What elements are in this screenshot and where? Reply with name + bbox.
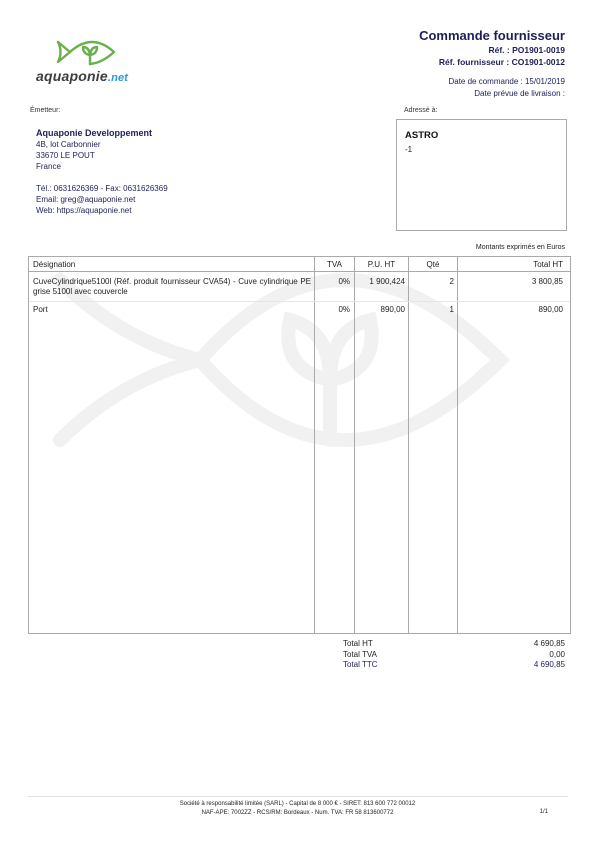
header-tva: TVA [315,260,354,269]
footer-divider [28,796,568,797]
footer-legal: Société à responsabilité limitée (SARL) … [100,800,495,818]
order-lines-table: Désignation TVA P.U. HT Qté Total HT Cuv… [28,256,571,634]
order-ref: Réf. : PO1901-0019 [488,45,565,55]
total-ht-row: Total HT 4 690,85 [343,639,565,650]
sender-email: Email: greg@aquaponie.net [36,194,168,205]
row-designation: CuveCylindrique5100l (Réf. produit fourn… [33,277,311,297]
page-number: 1/1 [540,809,548,815]
row-qty: 1 [409,305,454,314]
footer-line-2: NAF-APE: 7002ZZ - RCS/RM: Bordeaux - Num… [100,809,495,818]
row-total-ht: 3 800,85 [458,277,563,286]
fish-logo-icon [56,38,126,68]
header-designation: Désignation [33,260,315,269]
row-total-ht: 890,00 [458,305,563,314]
total-ht-value: 4 690,85 [534,639,565,650]
total-tva-label: Total TVA [343,650,377,661]
sender-address-line: France [36,161,168,172]
sender-web: Web: https://aquaponie.net [36,205,168,216]
header-pu-ht: P.U. HT [355,260,408,269]
total-ttc-value: 4 690,85 [534,660,565,671]
table-header: Désignation TVA P.U. HT Qté Total HT [29,257,570,272]
row-pu-ht: 1 900,424 [355,277,405,286]
logo-wordmark: aquaponie.net [36,68,128,84]
row-pu-ht: 890,00 [355,305,405,314]
recipient-line: -1 [405,145,412,154]
total-ttc-row: Total TTC 4 690,85 [343,660,565,671]
recipient-box: ASTRO -1 [396,119,567,231]
recipient-name: ASTRO [405,130,438,141]
sender-phone-fax: Tél.: 0631626369 - Fax: 0631626369 [36,183,168,194]
total-ttc-label: Total TTC [343,660,378,671]
sender-label: Émetteur: [30,107,60,114]
footer-line-1: Société à responsabilité limitée (SARL) … [100,800,495,809]
total-tva-value: 0,00 [549,650,565,661]
row-tva: 0% [315,305,350,314]
currency-note: Montants exprimés en Euros [476,244,565,251]
company-logo: aquaponie.net [36,38,141,88]
total-ht-label: Total HT [343,639,373,650]
row-designation: Port [33,305,315,314]
document-title: Commande fournisseur [419,28,565,43]
sender-address-line: 33670 LE POUT [36,150,168,161]
row-tva: 0% [315,277,350,286]
sender-name: Aquaponie Developpement [36,128,168,139]
header-total-ht: Total HT [458,260,563,269]
totals-block: Total HT 4 690,85 Total TVA 0,00 Total T… [343,639,565,671]
order-date: Date de commande : 15/01/2019 [448,77,565,86]
row-qty: 2 [409,277,454,286]
supplier-ref: Réf. fournisseur : CO1901-0012 [439,57,565,67]
total-tva-row: Total TVA 0,00 [343,650,565,661]
sender-address-line: 4B, lot Carbonnier [36,139,168,150]
header-qty: Qté [409,260,457,269]
recipient-label: Adressé à: [404,107,437,114]
delivery-date: Date prévue de livraison : [474,89,565,98]
sender-block: Aquaponie Developpement 4B, lot Carbonni… [36,128,168,216]
